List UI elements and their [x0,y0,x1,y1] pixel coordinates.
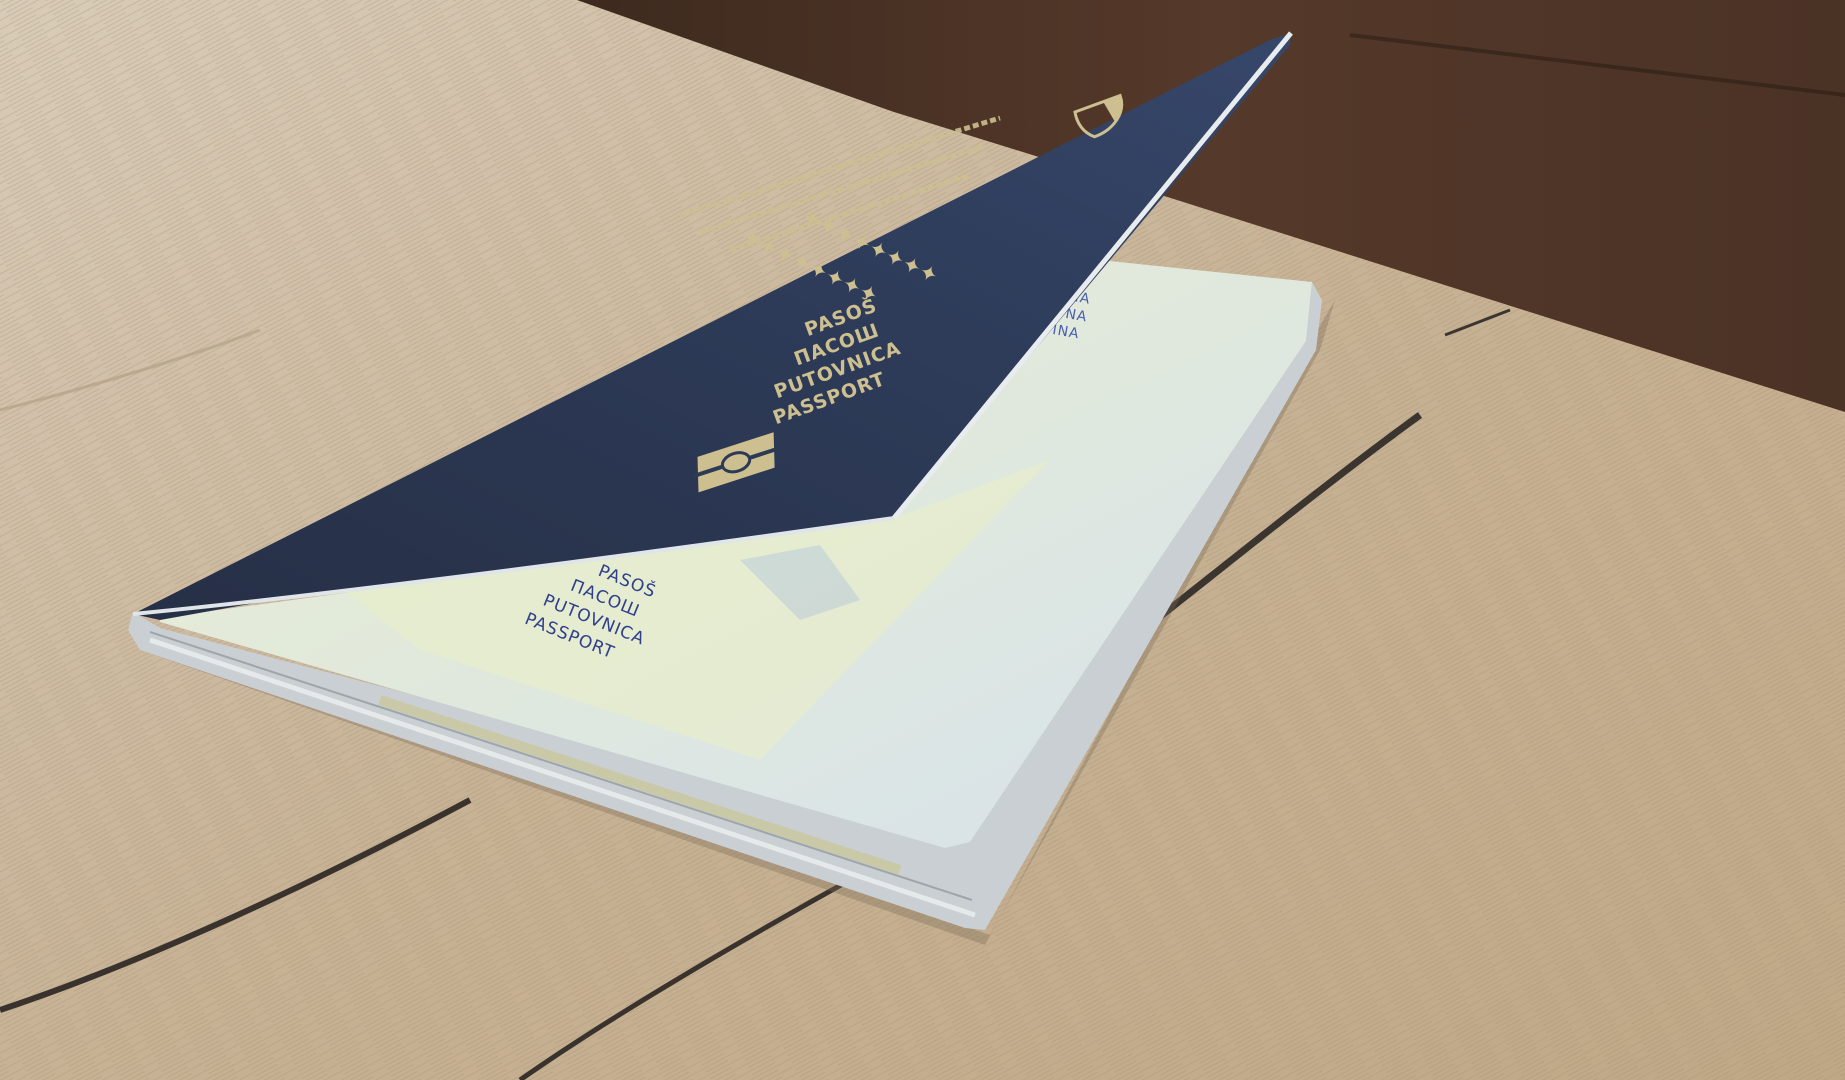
photo-scene: PASOŠ ПАСОШ PUTOVNICA PASSPORT NA NA INA… [0,0,1845,1080]
passport-photo: PASOŠ ПАСОШ PUTOVNICA PASSPORT NA NA INA… [0,0,1845,1080]
